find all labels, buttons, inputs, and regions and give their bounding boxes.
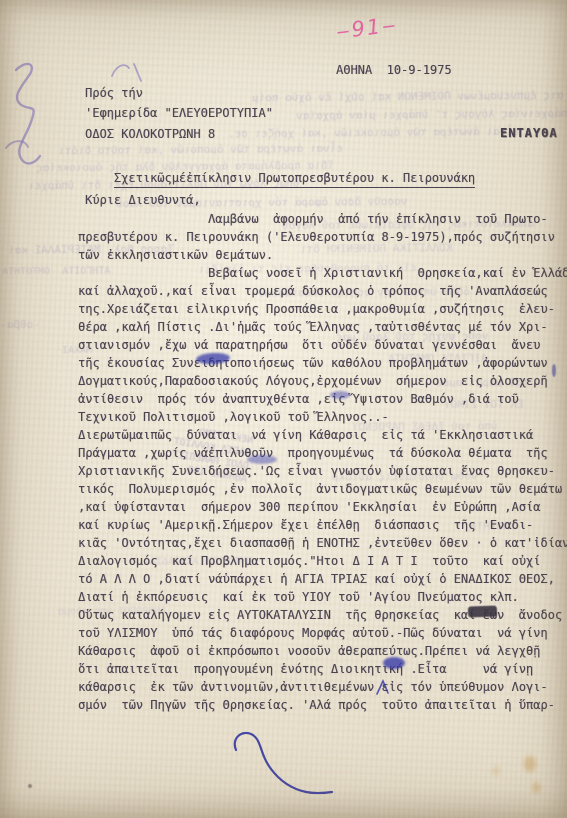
pen-squiggle bbox=[235, 733, 332, 793]
delivery-note: ΕΝΤΑΥΘΑ bbox=[500, 124, 558, 142]
body-line: κιᾶς 'Οντότητας,ἔχει διασπασθῇ ἡ ΕΝΟΤΗΣ … bbox=[78, 534, 564, 552]
ghost-text: αις ἐμπνευσμένων ΠΟΙΜΕΝΩΝ καί οὐχί ἐν ὀχ… bbox=[252, 89, 563, 105]
body-line: καί κυρίως 'Αμερικῇ.Σήμερον ἔχει ἐπέλθῃ … bbox=[78, 516, 564, 534]
body-line: πρεσβυτέρου κ. Πειρουνάκη ('Ελευθεροτυπί… bbox=[78, 228, 564, 246]
body-line: Βεβαίως νοσεῖ ἡ Χριστιανική Θρησκεία,καί… bbox=[78, 264, 564, 282]
body-line: ,καί ὑφίστανται σήμερον 300 περίπου 'Εκκ… bbox=[78, 498, 564, 516]
body-line: Κάθαρσις ἀφοῦ οἱ ἐκπρόσωποι νοσοῦν ἀθερα… bbox=[78, 642, 564, 660]
body-line: Διαλογισμός καί Προβληματισμός."Ητοι Δ Ι… bbox=[78, 552, 564, 570]
body-line: τῆς ἑκουσίας Συνειδητοποιήσεως τῶν καθόλ… bbox=[78, 354, 564, 372]
handwritten-scribble bbox=[6, 141, 28, 148]
body-line: θέρα ,καλή Πίστις .Δι'ἡμᾶς τούς Ἕλληνας … bbox=[78, 318, 564, 336]
overtyped-word-blob bbox=[468, 605, 497, 617]
body-line: ὅτι ἀπαιτεῖται προηγουμένη ἑνότης Διοικη… bbox=[78, 660, 564, 678]
body-line: καί ἀλλαχοῦ.,καί εἶναι τρομερά δύσκολος … bbox=[78, 282, 564, 300]
foxing-stain bbox=[524, 756, 536, 772]
body-line: Λαμβάνω ἀφορμήν ἀπό τήν ἐπίκλησιν τοῦ Πρ… bbox=[78, 210, 564, 228]
body-line: της.Χρειάζεται εἰλικρινής Προσπάθεια ,μα… bbox=[78, 300, 564, 318]
recipient-line-3: ΟΔΟΣ ΚΟΛΟΚΟΤΡΩΝΗ 8 bbox=[85, 125, 215, 143]
body-line: στιανισμόν ,ἔχω νά παρατηρήσω ὅτι οὐδέν … bbox=[78, 336, 564, 354]
body-line: τό Α Λ Λ Ο ,διατί νάὑπάρχει ἡ ΑΓΙΑ ΤΡΙΑΣ… bbox=[78, 570, 564, 588]
ink-tick bbox=[552, 364, 556, 377]
handwritten-mark bbox=[112, 64, 141, 81]
body-line: Χριστιανικῆς Συνειδήσεως.'Ως εἶναι γνωστ… bbox=[78, 462, 564, 480]
paper-speck bbox=[28, 784, 32, 788]
recipient-line-1: Πρός τήν bbox=[85, 84, 143, 102]
recipient-line-2: 'Εφημερίδα "ΕΛΕΥΘΕΡΟΤΥΠΙΑ" bbox=[85, 104, 273, 122]
body-line: τικός Πολυμερισμός ,ἐν πολλοῖς ἀντιδογμα… bbox=[78, 480, 564, 498]
body-line: Διερωτῶμαιπῶς δύναται νά γίνη Κάθαρσις ε… bbox=[78, 426, 564, 444]
body-line: κάθαρσις ἐκ τῶν ἀντινομιῶν,ἀντιτιθεμένων… bbox=[78, 678, 564, 696]
body-line: Δογματικούς,Παραδοσιακούς Λόγους,ἐρχομέν… bbox=[78, 372, 564, 390]
ghost-text: ὑπάρχεινίας λόγους τ' ὑπάρχει μίαν ἀρχαί… bbox=[296, 107, 567, 122]
body-line: Διατί ἡ ἐκπόρευσις καί ἐκ τοῦ ΥΙΟΥ τοῦ '… bbox=[78, 588, 564, 606]
letter-date: ΑΘΗΝΑ 10-9-1975 bbox=[336, 61, 452, 79]
letter-body: Λαμβάνω ἀφορμήν ἀπό τήν ἐπίκλησιν τοῦ Πρ… bbox=[78, 210, 564, 714]
body-line: τοῦ ΥΛΙΣΜΟΥ ὑπό τάς διαφόρους Μορφάς αὐτ… bbox=[78, 624, 564, 642]
body-line: τῶν ἐκκλησιαστικῶν θεμάτων. bbox=[78, 246, 564, 264]
ghost-text: εἶναι ἀνωτέρα τῶν ὁμοιοκειῶν ,καί χρήζει… bbox=[228, 125, 520, 141]
body-line: ἀντίθεσιν πρός τόν ἀναπτυχθέντα ,εἰς Ὕψι… bbox=[78, 390, 564, 408]
ghost-text: -οθβα- bbox=[0, 318, 40, 331]
foxing-stain bbox=[492, 766, 500, 776]
ink-smudge bbox=[330, 391, 350, 399]
body-line: Τεχνικοῦ Πολιτισμοῦ ,λογικοῦ τοῦ Ἕλληνος… bbox=[78, 408, 564, 426]
handwritten-scribble bbox=[16, 64, 40, 164]
body-line: σμόν τῶν Πηγῶν τῆς Θρησκείας. 'Αλά πρός … bbox=[78, 696, 564, 714]
ink-blot-correction bbox=[383, 657, 405, 669]
page-number-annotation: ‒91‒ bbox=[335, 12, 399, 43]
salutation: Κύριε Διευθυντά, bbox=[85, 191, 201, 209]
foxing-stain bbox=[532, 782, 541, 793]
ink-smudge bbox=[247, 455, 277, 464]
subject-text: Σχετικῶςμέἐπίκλησιν Πρωτοπρεσβυτέρου κ. … bbox=[114, 171, 475, 188]
body-line: Πράγματα ,χωρίς νάἐπιλυθοῦν προηγουμένως… bbox=[78, 444, 564, 462]
scanned-letter-page: αις ἐμπνευσμένων ΠΟΙΜΕΝΩΝ καί οὐχί ἐν ὀχ… bbox=[0, 0, 567, 818]
